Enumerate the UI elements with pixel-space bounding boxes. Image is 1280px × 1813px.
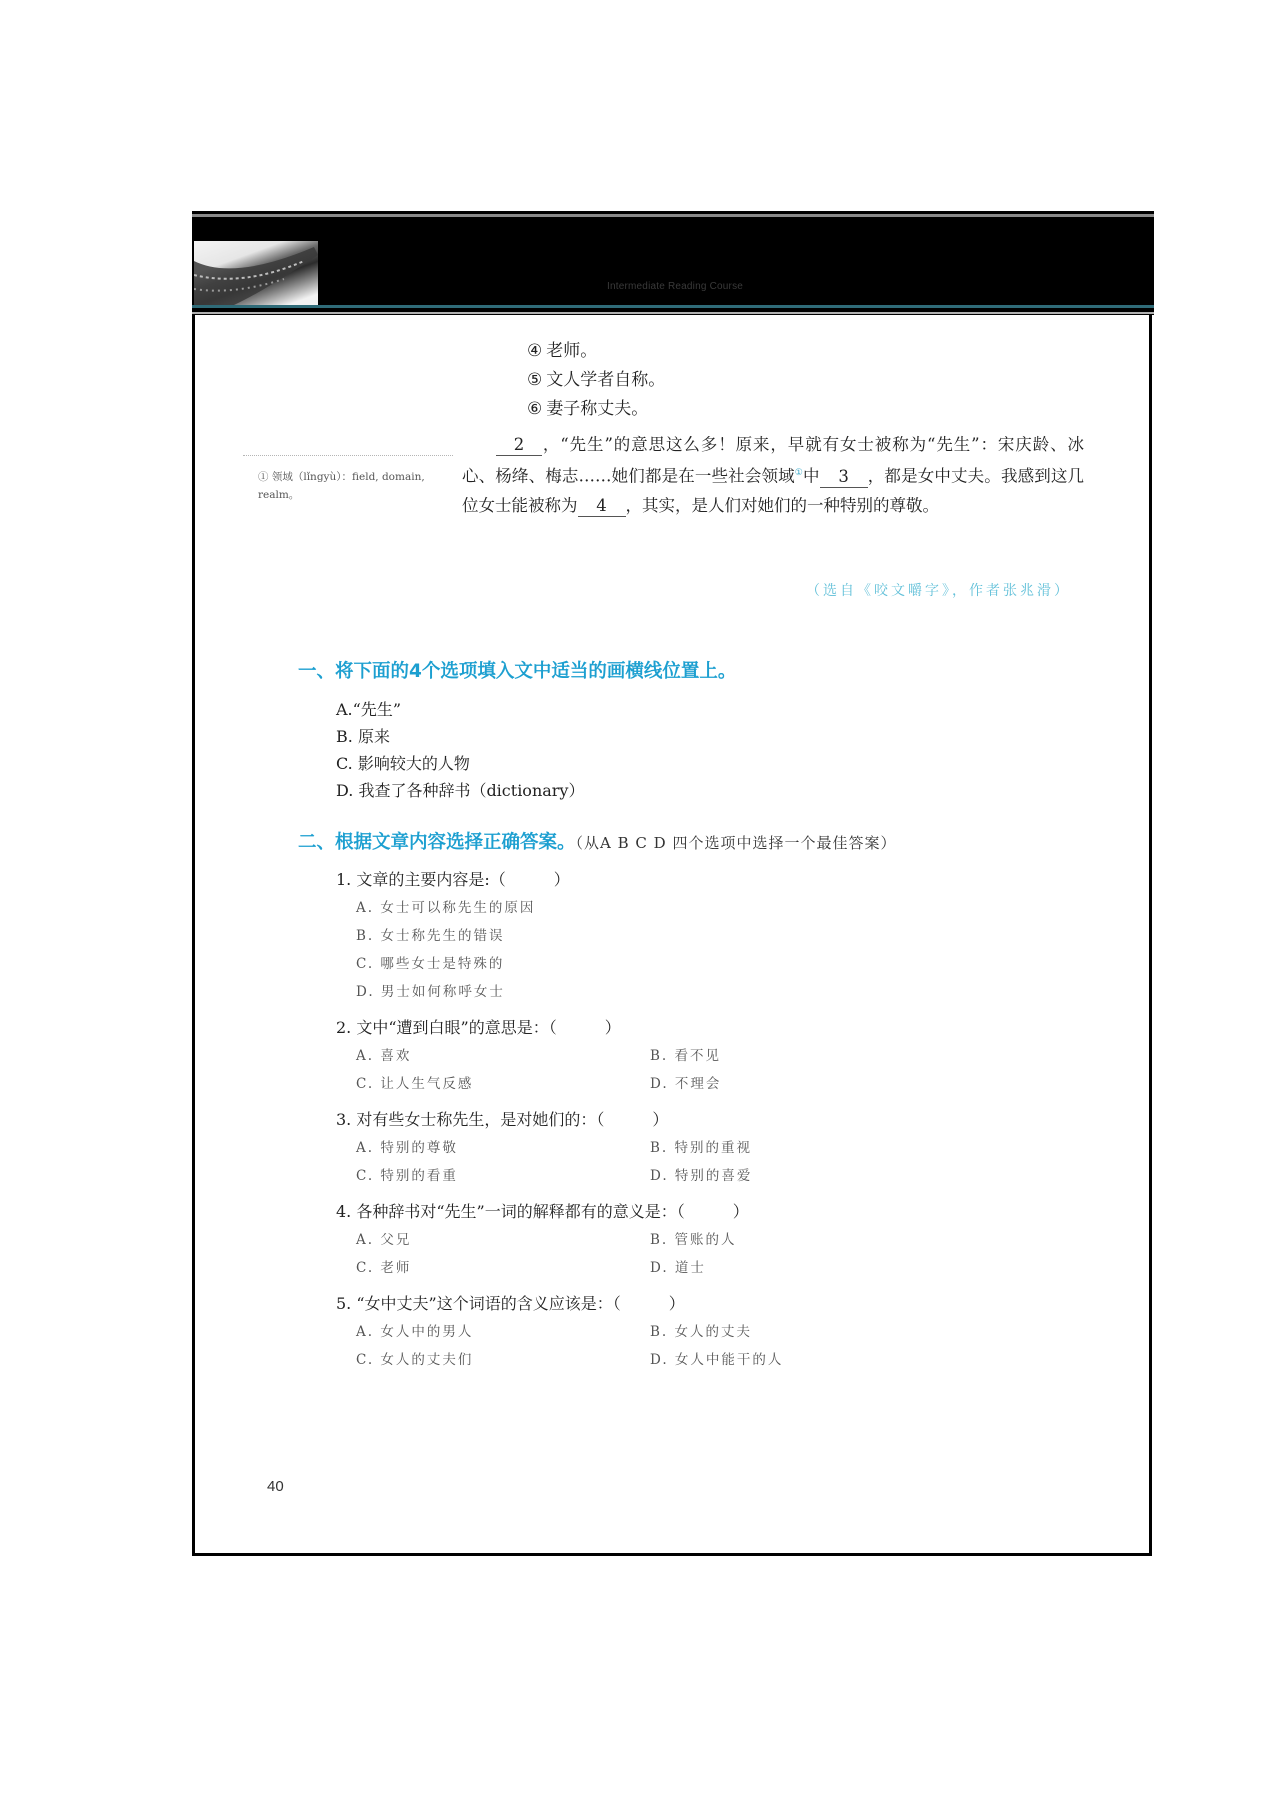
- passage-paragraph: 2，“先生”的意思这么多！原来，早就有女士被称为“先生”：宋庆龄、冰心、杨绛、梅…: [462, 430, 1084, 520]
- blank-2: 2: [496, 435, 542, 456]
- section-1-title: 一、将下面的4个选项填入文中适当的画横线位置上。: [298, 657, 736, 683]
- question-2: 2. 文中“遭到白眼”的意思是：（ ）: [336, 1015, 621, 1038]
- course-title: Intermediate Reading Course: [607, 281, 743, 292]
- question-4-option-d: D. 道士: [650, 1256, 706, 1276]
- footnote-divider: [243, 455, 453, 456]
- question-5-option-a: A. 女人中的男人: [356, 1320, 473, 1340]
- list-item: ⑥妻子称丈夫。: [527, 399, 648, 419]
- list-item: ④老师。: [527, 341, 597, 361]
- header-top-rule: [192, 214, 1154, 217]
- section-2-instruction: （从A B C D 四个选项中选择一个最佳答案）: [576, 834, 897, 852]
- question-5-option-d: D. 女人中能干的人: [650, 1348, 783, 1368]
- section-1-option-d: D. 我查了各种辞书（dictionary）: [336, 778, 584, 801]
- circled-number: ⑥: [527, 399, 542, 419]
- question-3-option-c: C. 特别的看重: [356, 1164, 458, 1184]
- page-number: 40: [267, 1478, 284, 1495]
- question-4: 4. 各种辞书对“先生”一词的解释都有的意义是：（ ）: [336, 1199, 749, 1222]
- blank-4: 4: [578, 496, 626, 517]
- question-3-option-a: A. 特别的尊敬: [356, 1136, 458, 1156]
- section-1-option-c: C. 影响较大的人物: [336, 751, 470, 774]
- section-1-option-a: A.“先生”: [336, 697, 401, 720]
- header-teal-rule: [192, 305, 1154, 308]
- question-2-option-d: D. 不理会: [650, 1072, 721, 1092]
- footnote-marker: ①: [258, 471, 269, 483]
- section-2-title: 二、根据文章内容选择正确答案。（从A B C D 四个选项中选择一个最佳答案）: [298, 828, 896, 854]
- list-item: ⑤文人学者自称。: [527, 370, 665, 390]
- question-4-option-a: A. 父兄: [356, 1228, 411, 1248]
- footnote: ① 领域（lǐngyù）：field, domain, realm。: [258, 468, 458, 504]
- question-1-option-d: D. 男士如何称呼女士: [356, 980, 505, 1000]
- header-roof-image: [194, 241, 318, 305]
- question-2-option-b: B. 看不见: [650, 1044, 721, 1064]
- question-5-option-b: B. 女人的丈夫: [650, 1320, 752, 1340]
- question-3-option-b: B. 特别的重视: [650, 1136, 752, 1156]
- question-1: 1. 文章的主要内容是:（ ）: [336, 867, 570, 890]
- question-3-option-d: D. 特别的喜爱: [650, 1164, 752, 1184]
- question-3: 3. 对有些女士称先生，是对她们的：（ ）: [336, 1107, 668, 1130]
- blank-3: 3: [820, 467, 868, 488]
- question-5-option-c: C. 女人的丈夫们: [356, 1348, 473, 1368]
- page-header: Intermediate Reading Course: [192, 211, 1154, 315]
- footnote-text: 领域（lǐngyù）：field, domain, realm。: [258, 471, 425, 501]
- circled-number: ④: [527, 341, 542, 361]
- section-1-option-b: B. 原来: [336, 724, 390, 747]
- footnote-ref: ①: [795, 468, 803, 478]
- question-1-option-c: C. 哪些女士是特殊的: [356, 952, 504, 972]
- circled-number: ⑤: [527, 370, 542, 390]
- question-1-option-a: A. 女士可以称先生的原因: [356, 896, 535, 916]
- question-2-option-c: C. 让人生气反感: [356, 1072, 473, 1092]
- question-2-option-a: A. 喜欢: [356, 1044, 411, 1064]
- question-4-option-c: C. 老师: [356, 1256, 411, 1276]
- source-citation: （选自《咬文嚼字》，作者张兆滑）: [806, 580, 1071, 600]
- question-4-option-b: B. 管账的人: [650, 1228, 737, 1248]
- question-5: 5. “女中丈夫”这个词语的含义应该是：（ ）: [336, 1291, 685, 1314]
- question-1-option-b: B. 女士称先生的错误: [356, 924, 505, 944]
- header-bottom-rule: [192, 312, 1154, 314]
